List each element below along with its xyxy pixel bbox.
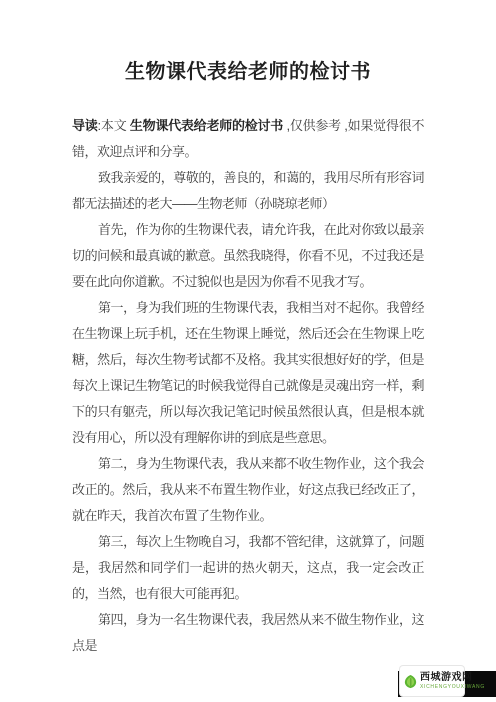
intro-lead-text: :本文: [98, 118, 130, 133]
intro-highlight-title: 生物课代表给老师的检讨书: [130, 118, 283, 133]
body-paragraph: 首先，作为你的生物课代表，请允许我，在此对你致以最亲切的问候和最真诚的歉意。虽然…: [72, 217, 424, 295]
body-paragraph: 第一，身为我们班的生物课代表，我相当对不起你。我曾经在生物课上玩手机，还在生物课…: [72, 295, 424, 451]
watermark-text-block: 西城游戏网 XICHENGYOUXIWANG: [420, 672, 485, 690]
document-page: 生物课代表给老师的检讨书 导读:本文 生物课代表给老师的检讨书 ,仅供参考 ,如…: [0, 0, 496, 702]
watermark-site-pinyin: XICHENGYOUXIWANG: [420, 684, 485, 690]
body-paragraphs: 致我亲爱的，尊敬的，善良的，和蔼的，我用尽所有形容词都无法描述的老大——生物老师…: [72, 165, 424, 659]
watermark-site-name: 西城游戏网: [420, 672, 485, 684]
site-watermark: 西城游戏网 XICHENGYOUXIWANG: [400, 666, 464, 696]
body-paragraph: 第四，身为一名生物课代表，我居然从来不做生物作业，这点是: [72, 607, 424, 659]
leaf-icon: [403, 674, 418, 689]
body-paragraph: 第二，身为生物课代表，我从来都不收生物作业，这个我会改正的。然后，我从来不布置生…: [72, 451, 424, 529]
page-title: 生物课代表给老师的检讨书: [0, 0, 496, 87]
body-paragraph: 第三，每次上生物晚自习，我都不管纪律，这就算了，问题是，我居然和同学们一起讲的热…: [72, 529, 424, 607]
intro-lead-label: 导读: [72, 118, 98, 133]
intro-paragraph: 导读:本文 生物课代表给老师的检讨书 ,仅供参考 ,如果觉得很不错，欢迎点评和分…: [72, 113, 424, 165]
body-paragraph: 致我亲爱的，尊敬的，善良的，和蔼的，我用尽所有形容词都无法描述的老大——生物老师…: [72, 165, 424, 217]
document-body: 导读:本文 生物课代表给老师的检讨书 ,仅供参考 ,如果觉得很不错，欢迎点评和分…: [72, 113, 424, 659]
